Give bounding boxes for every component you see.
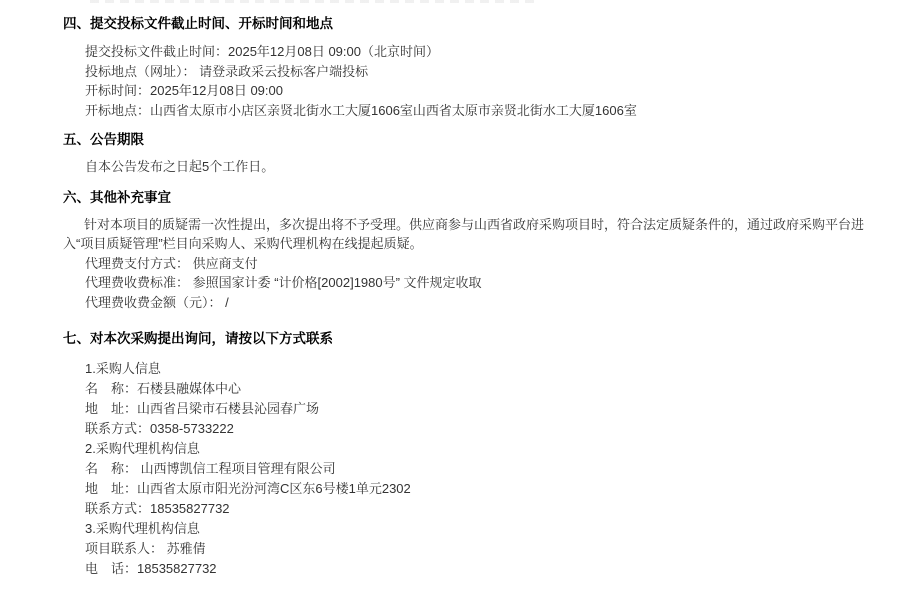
submission-deadline-line: 提交投标文件截止时间：2025年12月08日 09:00（北京时间） bbox=[85, 42, 875, 62]
section-7-heading: 七、对本次采购提出询问，请按以下方式联系 bbox=[63, 329, 875, 348]
document-page: 四、提交投标文件截止时间、开标时间和地点 提交投标文件截止时间：2025年12月… bbox=[0, 0, 897, 593]
section-6-body: 代理费支付方式： 供应商支付 代理费收费标准： 参照国家计委 “计价格[2002… bbox=[63, 254, 875, 313]
section-5-heading: 五、公告期限 bbox=[63, 130, 875, 149]
agency-info-title: 2.采购代理机构信息 bbox=[85, 439, 875, 459]
section-5-body: 自本公告发布之日起5个工作日。 bbox=[63, 157, 875, 177]
section-7-body: 1.采购人信息 名 称：石楼县融媒体中心 地 址：山西省吕梁市石楼县沁园春广场 … bbox=[63, 359, 875, 579]
agency-fee-amount-line: 代理费收费金额（元）： / bbox=[85, 293, 875, 313]
agency-fee-standard-line: 代理费收费标准： 参照国家计委 “计价格[2002]1980号” 文件规定收取 bbox=[85, 273, 875, 293]
section-4-heading: 四、提交投标文件截止时间、开标时间和地点 bbox=[63, 14, 875, 33]
purchaser-contact-line: 联系方式：0358-5733222 bbox=[85, 419, 875, 439]
purchaser-info-title: 1.采购人信息 bbox=[85, 359, 875, 379]
section-6-heading: 六、其他补充事宜 bbox=[63, 188, 875, 207]
purchaser-address-line: 地 址：山西省吕梁市石楼县沁园春广场 bbox=[85, 399, 875, 419]
announcement-content: 四、提交投标文件截止时间、开标时间和地点 提交投标文件截止时间：2025年12月… bbox=[63, 0, 875, 579]
project-contact-phone-line: 电 话：18535827732 bbox=[85, 559, 875, 579]
agency-address-line: 地 址：山西省太原市阳光汾河湾C区东6号楼1单元2302 bbox=[85, 479, 875, 499]
announcement-period-line: 自本公告发布之日起5个工作日。 bbox=[85, 157, 875, 177]
bid-opening-time-line: 开标时间：2025年12月08日 09:00 bbox=[85, 81, 875, 101]
project-contact-person-line: 项目联系人： 苏雅倩 bbox=[85, 539, 875, 559]
bid-opening-place-line: 开标地点：山西省太原市小店区亲贤北街水工大厦1606室山西省太原市亲贤北街水工大… bbox=[85, 101, 875, 121]
agency-contact-line: 联系方式：18535827732 bbox=[85, 499, 875, 519]
agency-name-line: 名 称： 山西博凯信工程项目管理有限公司 bbox=[85, 459, 875, 479]
agency-fee-payment-line: 代理费支付方式： 供应商支付 bbox=[85, 254, 875, 274]
agency-info-title-2: 3.采购代理机构信息 bbox=[85, 519, 875, 539]
section-4-body: 提交投标文件截止时间：2025年12月08日 09:00（北京时间） 投标地点（… bbox=[63, 42, 875, 120]
bid-location-line: 投标地点（网址）： 请登录政采云投标客户端投标 bbox=[85, 62, 875, 82]
query-rules-paragraph: 针对本项目的质疑需一次性提出，多次提出将不予受理。供应商参与山西省政府采购项目时… bbox=[63, 215, 875, 254]
purchaser-name-line: 名 称：石楼县融媒体中心 bbox=[85, 379, 875, 399]
